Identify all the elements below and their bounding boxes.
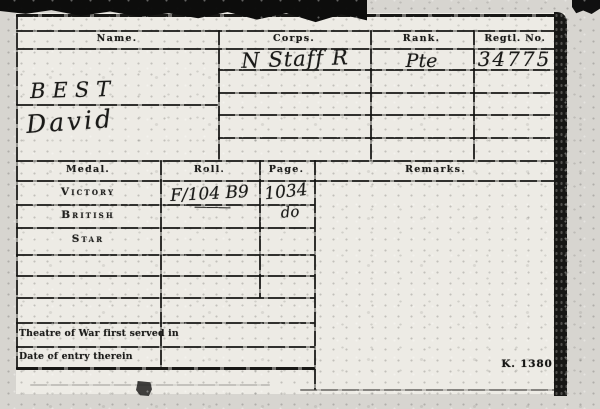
form-reference-number: K. 1380: [498, 358, 556, 370]
forename-handwritten: David: [25, 104, 115, 139]
grid-line: [16, 346, 315, 348]
roll-column-header: Roll.: [160, 164, 259, 175]
medal-column-header: Medal.: [16, 164, 160, 175]
grid-line: [218, 114, 557, 116]
british-roll-dash-handwritten: ———: [170, 199, 254, 215]
page-column-header: Page.: [259, 164, 314, 175]
british-page-ditto-handwritten: do: [267, 201, 312, 223]
grid-line: [259, 160, 261, 298]
medal-row-british-label: British: [16, 209, 160, 221]
grid-line: [16, 297, 315, 299]
card-bottom-edge: [300, 389, 558, 391]
grid-line: [218, 137, 557, 139]
surname-handwritten: BEST: [30, 77, 118, 103]
grid-line: [218, 92, 557, 94]
date-of-entry-label: Date of entry therein: [19, 351, 133, 362]
regtl-no-column-header: Regtl. No.: [473, 33, 557, 44]
grid-line: [218, 30, 220, 161]
remarks-column-header: Remarks.: [314, 164, 557, 175]
corps-column-header: Corps.: [218, 33, 370, 44]
grid-line: [16, 104, 218, 106]
theatre-of-war-label: Theatre of War first served in: [19, 328, 179, 339]
rank-column-header: Rank.: [370, 33, 473, 44]
grid-line: [16, 30, 557, 32]
corps-handwritten: N Staff R: [222, 44, 369, 73]
grid-line: [16, 14, 563, 17]
card-right-edge: [554, 12, 567, 396]
grid-line: [16, 322, 315, 324]
medal-row-star-label: Star: [16, 233, 160, 245]
regtl-no-handwritten: 34775: [473, 47, 556, 71]
rank-handwritten: Pte: [370, 50, 473, 72]
grid-line: [16, 227, 315, 229]
medal-index-card-scan: Name. Corps. Rank. Regtl. No. Medal. Rol…: [0, 0, 600, 409]
grid-line: [16, 367, 315, 370]
scan-artifact-corner-blob: [572, 0, 600, 14]
grid-line: [16, 275, 315, 277]
grid-line: [314, 160, 316, 390]
grid-line: [16, 254, 315, 256]
name-column-header: Name.: [16, 33, 218, 44]
grid-line: [16, 160, 557, 162]
medal-row-victory-label: Victory: [16, 186, 160, 198]
